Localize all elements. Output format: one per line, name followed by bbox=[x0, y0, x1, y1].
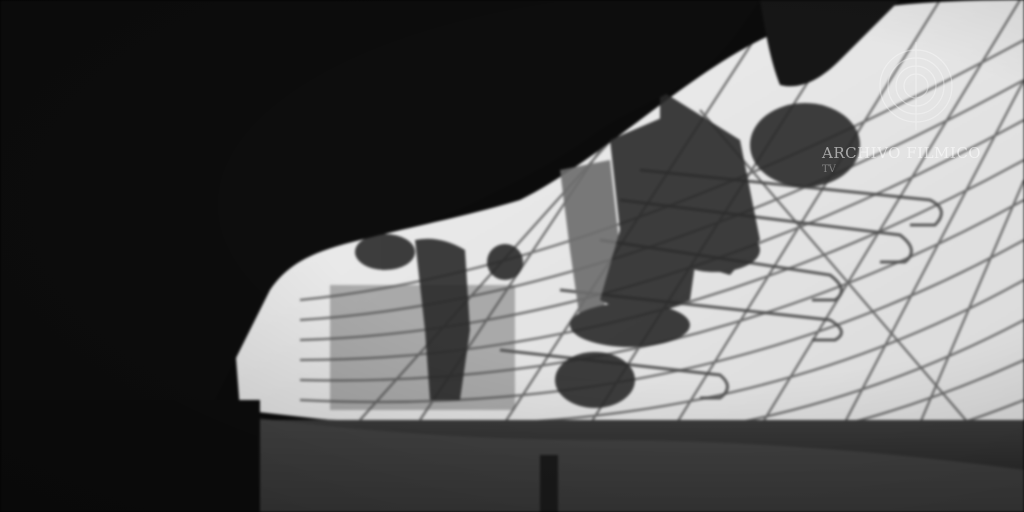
archive-watermark: ARCHIVO FILMICO TV bbox=[822, 144, 1022, 194]
photo-illustration bbox=[0, 0, 1024, 512]
concentric-circles-logo-icon bbox=[876, 36, 956, 136]
film-still-scene bbox=[0, 0, 1024, 512]
watermark-subtext: TV bbox=[822, 164, 836, 175]
watermark-text: ARCHIVO FILMICO bbox=[822, 144, 981, 162]
